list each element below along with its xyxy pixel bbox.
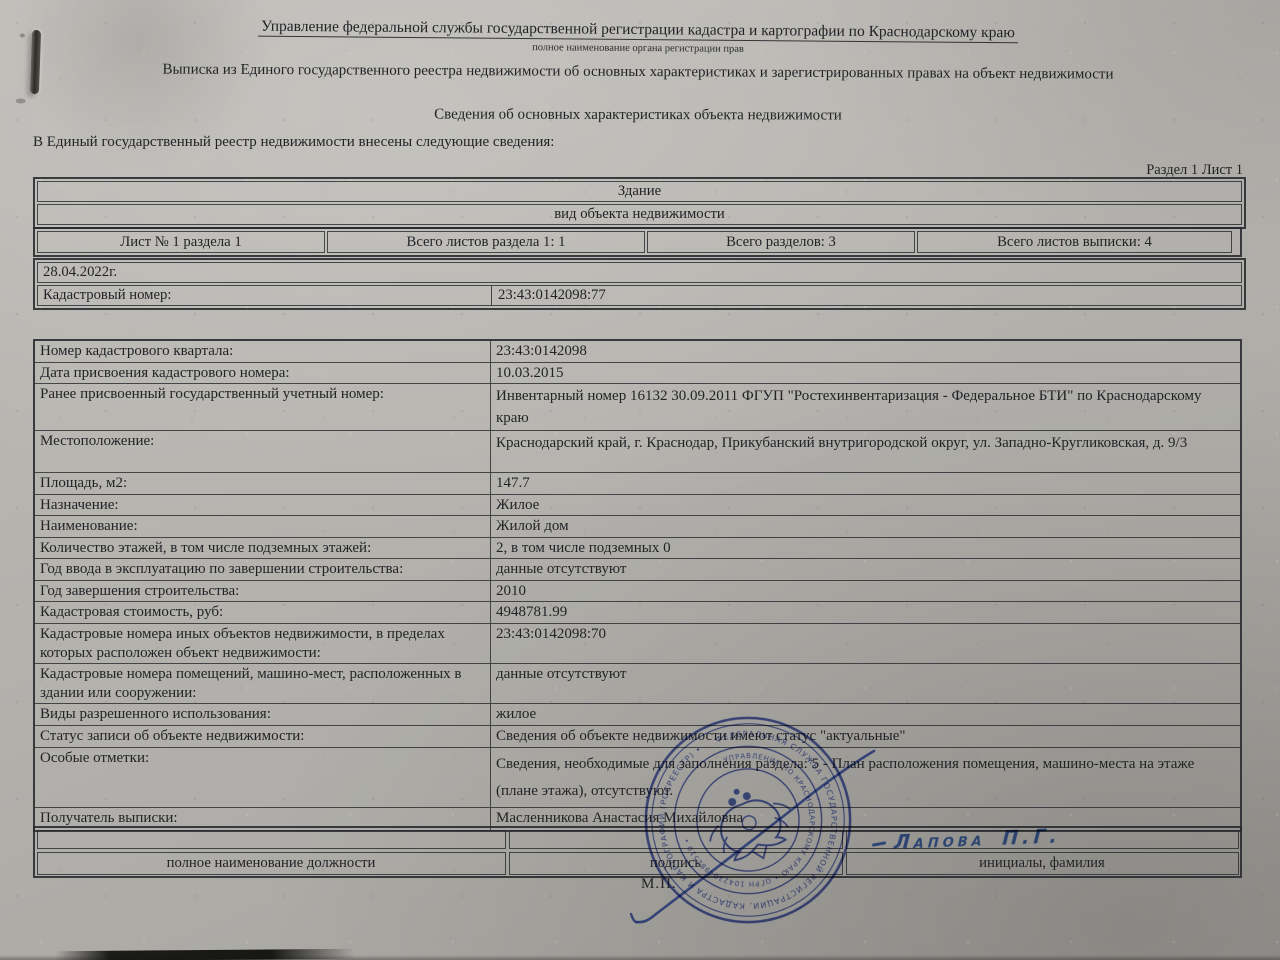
table-row: Ранее присвоенный государственный учетны… (35, 383, 1240, 430)
table-row: Количество этажей, в том числе подземных… (35, 537, 1240, 559)
photo-edge-shadow (0, 955, 1280, 960)
cadastral-number-value: 23:43:0142098:77 (491, 286, 1241, 305)
table-row: Площадь, м2:147.7 (35, 472, 1240, 494)
initials-label: инициалы, фамилия (846, 852, 1239, 875)
row-label: Особые отметки: (35, 748, 490, 807)
table-row: Кадастровые номера иных объектов недвижи… (35, 623, 1240, 663)
row-label: Местоположение: (35, 431, 490, 472)
document-title: Выписка из Единого государственного реес… (33, 61, 1243, 84)
row-label: Количество этажей, в том числе подземных… (35, 538, 490, 559)
cadastral-number-row: Кадастровый номер: 23:43:0142098:77 (37, 285, 1242, 306)
extract-date: 28.04.2022г. (37, 262, 1242, 283)
cadastral-number-label: Кадастровый номер: (38, 286, 491, 305)
scanned-document-page: Управление федеральной службы государств… (0, 0, 1280, 960)
row-value: Краснодарский край, г. Краснодар, Прикуб… (490, 431, 1240, 472)
table-row: Статус записи об объекте недвижимости:Св… (35, 725, 1240, 747)
sheet-info-cell: Лист № 1 раздела 1 (37, 231, 325, 253)
table-row: Назначение:Жилое (35, 494, 1240, 516)
object-type-table: Здание вид объекта недвижимости (33, 177, 1246, 229)
row-value: 4948781.99 (490, 602, 1240, 623)
date-cadastral-table: 28.04.2022г. Кадастровый номер: 23:43:01… (33, 258, 1246, 310)
row-value: 23:43:0142098:70 (490, 624, 1240, 663)
row-label: Кадастровые номера помещений, машино-мес… (35, 664, 490, 703)
row-value: Жилое (490, 495, 1240, 516)
row-value: данные отсутствуют (490, 664, 1240, 703)
row-value: Жилой дом (490, 516, 1240, 537)
row-label: Площадь, м2: (35, 473, 490, 494)
row-value: 2, в том числе подземных 0 (490, 538, 1240, 559)
table-row: Год ввода в эксплуатацию по завершении с… (35, 558, 1240, 580)
signature-row-labels: полное наименование должности подпись ин… (35, 850, 1240, 876)
table-row: Кадастровые номера помещений, машино-мес… (35, 663, 1240, 703)
table-row: Наименование:Жилой дом (35, 515, 1240, 537)
row-value: 2010 (490, 581, 1240, 602)
object-type-value: Здание (37, 181, 1242, 202)
row-label: Год завершения строительства: (35, 581, 490, 602)
row-value: Сведения, необходимые для заполнения раз… (490, 748, 1240, 807)
sheet-info-cell: Всего разделов: 3 (647, 231, 915, 253)
row-value: данные отсутствуют (490, 559, 1240, 580)
row-label: Статус записи об объекте недвижимости: (35, 726, 490, 747)
row-value: Инвентарный номер 16132 30.09.2011 ФГУП … (490, 384, 1240, 430)
signature-cell-empty (37, 830, 506, 849)
table-row: Дата присвоения кадастрового номера:10.0… (35, 362, 1240, 384)
position-label: полное наименование должности (37, 852, 506, 875)
table-row: Виды разрешенного использования:жилое (35, 703, 1240, 725)
row-value: 23:43:0142098 (490, 341, 1240, 362)
intro-line: В Единый государственный реестр недвижим… (33, 134, 1243, 151)
row-value: жилое (490, 704, 1240, 725)
table-row: Год завершения строительства:2010 (35, 580, 1240, 602)
row-label: Год ввода в эксплуатацию по завершении с… (35, 559, 490, 580)
row-label: Ранее присвоенный государственный учетны… (35, 384, 490, 430)
row-label: Кадастровая стоимость, руб: (35, 602, 490, 623)
row-label: Назначение: (35, 495, 490, 516)
sheet-info-cell: Всего листов выписки: 4 (917, 231, 1232, 253)
row-value: Сведения об объекте недвижимости имеют с… (490, 726, 1240, 747)
row-label: Кадастровые номера иных объектов недвижи… (35, 624, 490, 663)
row-value: 10.03.2015 (490, 363, 1240, 384)
row-label: Наименование: (35, 516, 490, 537)
table-row: Кадастровая стоимость, руб:4948781.99 (35, 601, 1240, 623)
row-label: Номер кадастрового квартала: (35, 341, 490, 362)
object-type-caption: вид объекта недвижимости (37, 204, 1242, 225)
row-label: Дата присвоения кадастрового номера: (35, 363, 490, 384)
row-label: Виды разрешенного использования: (35, 704, 490, 725)
table-row: Номер кадастрового квартала:23:43:014209… (35, 341, 1240, 362)
row-value: 147.7 (490, 473, 1240, 494)
section-title: Сведения об основных характеристиках объ… (33, 105, 1243, 125)
sheet-info-table: Лист № 1 раздела 1 Всего листов раздела … (33, 227, 1242, 257)
stamp-outer-ring-text: ФЕДЕРАЛЬНАЯ СЛУЖБА ГОСУДАРСТВЕННОЙ РЕГИС… (630, 702, 866, 938)
table-row: Местоположение:Краснодарский край, г. Кр… (35, 430, 1240, 472)
sheet-info-cell: Всего листов раздела 1: 1 (327, 231, 645, 253)
